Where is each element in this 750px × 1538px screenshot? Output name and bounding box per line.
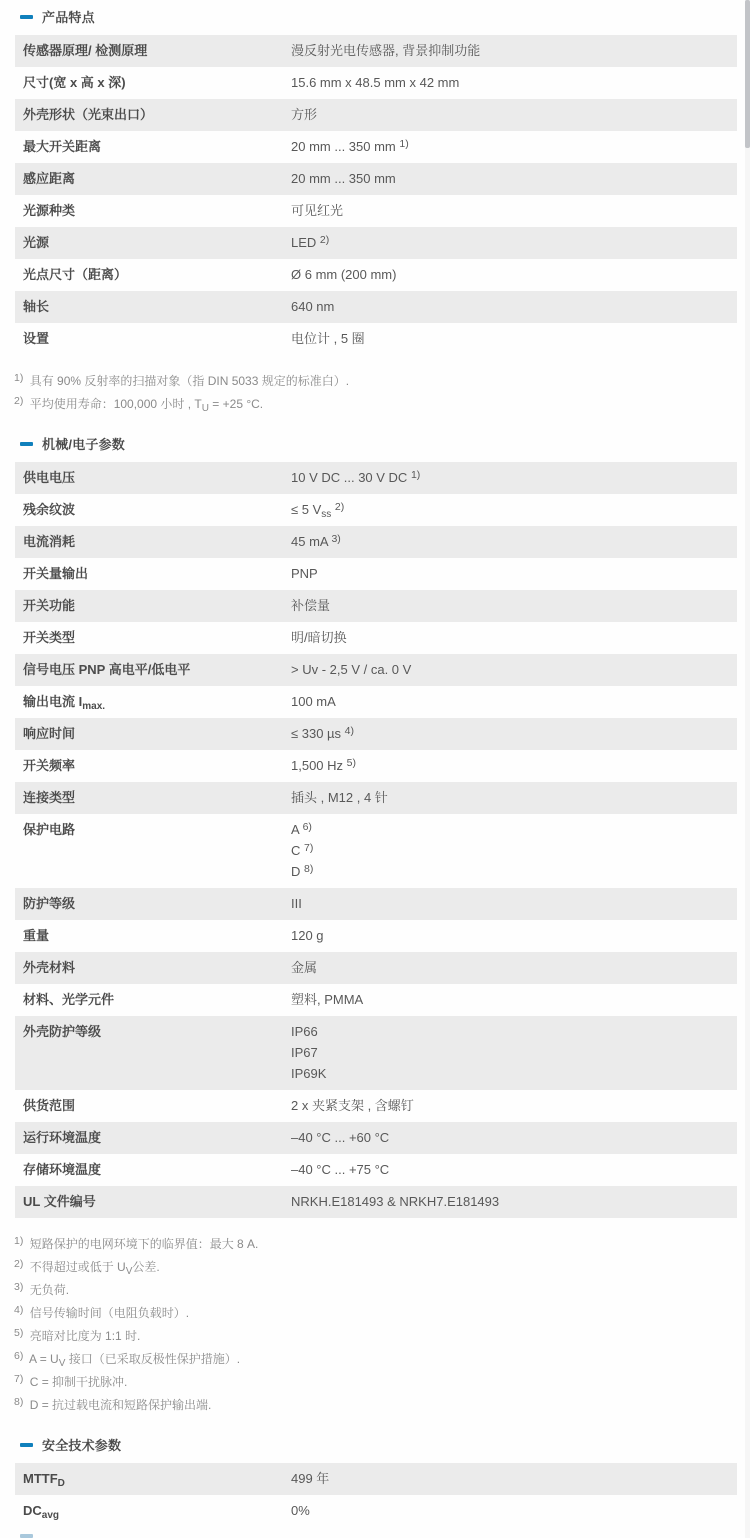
spec-row: 光源 LED 2) [15,227,737,259]
footnote: 1) 具有 90% 反射率的扫描对象（指 DIN 5033 规定的标准白）. [14,368,735,391]
footnote-marker: 1) [14,1235,23,1247]
spec-value-line: 电位计 , 5 圈 [291,328,729,349]
section-footnotes: 1) 具有 90% 反射率的扫描对象（指 DIN 5033 规定的标准白）. 2… [14,368,735,414]
spec-row: 连接类型 插头 , M12 , 4 针 [15,782,737,814]
spec-value: 0% [283,1495,737,1527]
section-footnotes: 1) 短路保护的电网环境下的临界值：最大 8 A. 2) 不得超过或低于 UV公… [14,1231,735,1415]
spec-value: 640 nm [283,291,737,323]
spec-label: 连接类型 [15,782,283,814]
spec-row: 外壳防护等级 IP66IP67IP69K [15,1016,737,1090]
spec-value: NRKH.E181493 & NRKH7.E181493 [283,1186,737,1218]
footnote-text: 短路保护的电网环境下的临界值：最大 8 A. [30,1237,259,1251]
spec-value: 补偿量 [283,590,737,622]
spec-label: 外壳防护等级 [15,1016,283,1048]
spec-value-line: 20 mm ... 350 mm 1) [291,136,729,157]
footnote-marker: 2) [14,1258,23,1270]
footnote-marker: 2) [14,395,23,407]
footnote-marker: 6) [14,1350,23,1362]
spec-value: LED 2) [283,227,737,259]
spec-value: 15.6 mm x 48.5 mm x 42 mm [283,67,737,99]
spec-section: 产品特点 传感器原理/ 检测原理 漫反射光电传感器, 背景抑制功能 尺寸(宽 x… [0,7,750,414]
spec-value-line: > Uv - 2,5 V / ca. 0 V [291,659,729,680]
spec-value-line: 2 x 夹紧支架 , 含螺钉 [291,1095,729,1116]
spec-value: 可见红光 [283,195,737,227]
footnote-text: 具有 90% 反射率的扫描对象（指 DIN 5033 规定的标准白）. [30,374,349,388]
section-header[interactable]: 安全技术参数 [0,1435,750,1463]
footnote: 8) D = 抗过载电流和短路保护输出端. [14,1392,735,1415]
spec-label: 轴长 [15,291,283,323]
spec-row: 信号电压 PNP 高电平/低电平 > Uv - 2,5 V / ca. 0 V [15,654,737,686]
spec-label: 供货范围 [15,1090,283,1122]
spec-value-line: 45 mA 3) [291,531,729,552]
spec-value: ≤ 5 Vss 2) [283,494,737,526]
spec-value-line: 10 V DC ... 30 V DC 1) [291,467,729,488]
footnote: 6) A = UV 接口（已采取反极性保护措施）. [14,1346,735,1369]
spec-value-line: A 6) [291,819,729,840]
footnote-marker: 4) [14,1304,23,1316]
spec-value: III [283,888,737,920]
footnote-text: 平均使用寿命：100,000 小时 , TU = +25 °C. [30,397,263,411]
spec-value-line: –40 °C ... +60 °C [291,1127,729,1148]
spec-value-line: 方形 [291,104,729,125]
spec-label: 尺寸(宽 x 高 x 深) [15,67,283,99]
spec-label: 外壳材料 [15,952,283,984]
spec-label: 光源 [15,227,283,259]
spec-value: A 6)C 7)D 8) [283,814,737,888]
spec-label: 信号电压 PNP 高电平/低电平 [15,654,283,686]
spec-value: PNP [283,558,737,590]
spec-value: 明/暗切换 [283,622,737,654]
footnote-text: A = UV 接口（已采取反极性保护措施）. [29,1352,240,1366]
spec-row: 轴长 640 nm [15,291,737,323]
spec-row: 防护等级 III [15,888,737,920]
footnote-text: D = 抗过载电流和短路保护输出端. [30,1398,212,1412]
spec-label: 光源种类 [15,195,283,227]
spec-label: DCavg [15,1495,283,1527]
section-rows: 传感器原理/ 检测原理 漫反射光电传感器, 背景抑制功能 尺寸(宽 x 高 x … [15,35,737,355]
footnote: 3) 无负荷. [14,1277,735,1300]
spec-value-line: –40 °C ... +75 °C [291,1159,729,1180]
spec-value: > Uv - 2,5 V / ca. 0 V [283,654,737,686]
footnote: 4) 信号传输时间（电阻负载时）. [14,1300,735,1323]
spec-row: UL 文件编号 NRKH.E181493 & NRKH7.E181493 [15,1186,737,1218]
spec-label: 电流消耗 [15,526,283,558]
spec-section: 机械/电子参数 供电电压 10 V DC ... 30 V DC 1) 残余纹波… [0,434,750,1415]
spec-row: 开关类型 明/暗切换 [15,622,737,654]
spec-value-line: Ø 6 mm (200 mm) [291,264,729,285]
spec-value: 45 mA 3) [283,526,737,558]
footnote: 7) C = 抑制干扰脉冲. [14,1369,735,1392]
spec-value: –40 °C ... +60 °C [283,1122,737,1154]
spec-value: 金属 [283,952,737,984]
spec-value-line: 120 g [291,925,729,946]
spec-value: 2 x 夹紧支架 , 含螺钉 [283,1090,737,1122]
section-header[interactable]: 产品特点 [0,7,750,35]
spec-value: IP66IP67IP69K [283,1016,737,1090]
spec-row: 外壳形状（光束出口） 方形 [15,99,737,131]
spec-value: 电位计 , 5 圈 [283,323,737,355]
footnote-marker: 3) [14,1281,23,1293]
spec-row: 尺寸(宽 x 高 x 深) 15.6 mm x 48.5 mm x 42 mm [15,67,737,99]
footnote: 2) 平均使用寿命：100,000 小时 , TU = +25 °C. [14,391,735,414]
spec-label: 开关功能 [15,590,283,622]
spec-label: 存储环境温度 [15,1154,283,1186]
spec-row: 保护电路 A 6)C 7)D 8) [15,814,737,888]
spec-value-line: C 7) [291,840,729,861]
spec-value: 10 V DC ... 30 V DC 1) [283,462,737,494]
spec-label: 开关类型 [15,622,283,654]
spec-row: 供电电压 10 V DC ... 30 V DC 1) [15,462,737,494]
spec-row: 外壳材料 金属 [15,952,737,984]
spec-row: 设置 电位计 , 5 圈 [15,323,737,355]
spec-row: 响应时间 ≤ 330 µs 4) [15,718,737,750]
section-title: 产品特点 [42,7,95,26]
spec-label: UL 文件编号 [15,1186,283,1218]
footnote-text: 亮暗对比度为 1:1 时. [30,1329,141,1343]
footnote: 2) 不得超过或低于 UV公差. [14,1254,735,1277]
spec-label: 开关量输出 [15,558,283,590]
spec-value-line: 明/暗切换 [291,627,729,648]
spec-label: 材料、光学元件 [15,984,283,1016]
spec-value-line: 塑料, PMMA [291,989,729,1010]
scrollbar-track[interactable] [745,0,750,1538]
spec-row: 感应距离 20 mm ... 350 mm [15,163,737,195]
spec-row: 存储环境温度 –40 °C ... +75 °C [15,1154,737,1186]
spec-row: 开关功能 补偿量 [15,590,737,622]
spec-value-line: 15.6 mm x 48.5 mm x 42 mm [291,72,729,93]
footnote-text: 信号传输时间（电阻负载时）. [30,1306,189,1320]
spec-value-line: 0% [291,1500,729,1521]
spec-label: 残余纹波 [15,494,283,526]
footnote-marker: 5) [14,1327,23,1339]
footnote: 5) 亮暗对比度为 1:1 时. [14,1323,735,1346]
spec-label: 感应距离 [15,163,283,195]
spec-value: 方形 [283,99,737,131]
spec-label: 光点尺寸（距离） [15,259,283,291]
spec-row: 光源种类 可见红光 [15,195,737,227]
spec-value-line: 漫反射光电传感器, 背景抑制功能 [291,40,729,61]
spec-value-line: 100 mA [291,691,729,712]
spec-label: 外壳形状（光束出口） [15,99,283,131]
section-dash-icon [20,1443,33,1447]
footnote: 1) 短路保护的电网环境下的临界值：最大 8 A. [14,1231,735,1254]
spec-row: 传感器原理/ 检测原理 漫反射光电传感器, 背景抑制功能 [15,35,737,67]
spec-label: 开关频率 [15,750,283,782]
spec-value: 1,500 Hz 5) [283,750,737,782]
spec-value-line: PNP [291,563,729,584]
spec-value: 插头 , M12 , 4 针 [283,782,737,814]
spec-row: 最大开关距离 20 mm ... 350 mm 1) [15,131,737,163]
spec-value-line: 640 nm [291,296,729,317]
spec-row: 材料、光学元件 塑料, PMMA [15,984,737,1016]
spec-row: 运行环境温度 –40 °C ... +60 °C [15,1122,737,1154]
spec-label: 最大开关距离 [15,131,283,163]
spec-value-line: 20 mm ... 350 mm [291,168,729,189]
section-header[interactable]: 机械/电子参数 [0,434,750,462]
spec-value-line: 可见红光 [291,200,729,221]
spec-label: MTTFD [15,1463,283,1495]
spec-value: 20 mm ... 350 mm [283,163,737,195]
footnote-text: 无负荷. [30,1283,69,1297]
spec-label: 响应时间 [15,718,283,750]
spec-value-line: LED 2) [291,232,729,253]
spec-row: MTTFD 499 年 [15,1463,737,1495]
spec-row: 电流消耗 45 mA 3) [15,526,737,558]
spec-value-line: 金属 [291,957,729,978]
spec-value-line: NRKH.E181493 & NRKH7.E181493 [291,1191,729,1212]
spec-value: 499 年 [283,1463,737,1495]
spec-value: 120 g [283,920,737,952]
spec-value-line: IP67 [291,1042,729,1063]
scrollbar-thumb[interactable] [745,0,750,148]
spec-label: 传感器原理/ 检测原理 [15,35,283,67]
spec-section: 安全技术参数 MTTFD 499 年 DCavg 0% [0,1435,750,1527]
sections-container: 产品特点 传感器原理/ 检测原理 漫反射光电传感器, 背景抑制功能 尺寸(宽 x… [0,7,750,1527]
spec-label: 重量 [15,920,283,952]
spec-label: 运行环境温度 [15,1122,283,1154]
spec-value-line: 1,500 Hz 5) [291,755,729,776]
section-rows: MTTFD 499 年 DCavg 0% [15,1463,737,1527]
spec-value-line: IP66 [291,1021,729,1042]
footnote-marker: 8) [14,1396,23,1408]
spec-value: ≤ 330 µs 4) [283,718,737,750]
footnote-text: C = 抑制干扰脉冲. [30,1375,128,1389]
spec-label: 防护等级 [15,888,283,920]
spec-label: 设置 [15,323,283,355]
spec-value-line: 补偿量 [291,595,729,616]
spec-label: 输出电流 Imax. [15,686,283,718]
section-title: 机械/电子参数 [42,434,125,453]
spec-label: 供电电压 [15,462,283,494]
spec-label: 保护电路 [15,814,283,846]
spec-value-line: III [291,893,729,914]
spec-row: 供货范围 2 x 夹紧支架 , 含螺钉 [15,1090,737,1122]
spec-value: 20 mm ... 350 mm 1) [283,131,737,163]
spec-row: 输出电流 Imax. 100 mA [15,686,737,718]
section-dash-icon [20,15,33,19]
spec-value: 塑料, PMMA [283,984,737,1016]
next-section-dash-icon [20,1534,33,1538]
spec-row: 光点尺寸（距离） Ø 6 mm (200 mm) [15,259,737,291]
footnote-marker: 7) [14,1373,23,1385]
spec-row: 残余纹波 ≤ 5 Vss 2) [15,494,737,526]
footnote-text: 不得超过或低于 UV公差. [30,1260,160,1274]
spec-value-line: ≤ 5 Vss 2) [291,499,729,520]
spec-value-line: ≤ 330 µs 4) [291,723,729,744]
datasheet-page: 产品特点 传感器原理/ 检测原理 漫反射光电传感器, 背景抑制功能 尺寸(宽 x… [0,0,750,1538]
spec-value-line: D 8) [291,861,729,882]
section-title: 安全技术参数 [42,1435,121,1454]
spec-value-line: 499 年 [291,1468,729,1489]
spec-row: 重量 120 g [15,920,737,952]
spec-value-line: IP69K [291,1063,729,1084]
spec-value: 漫反射光电传感器, 背景抑制功能 [283,35,737,67]
spec-value: –40 °C ... +75 °C [283,1154,737,1186]
spec-value: 100 mA [283,686,737,718]
spec-row: 开关量输出 PNP [15,558,737,590]
section-rows: 供电电压 10 V DC ... 30 V DC 1) 残余纹波 ≤ 5 Vss… [15,462,737,1218]
spec-row: DCavg 0% [15,1495,737,1527]
spec-value: Ø 6 mm (200 mm) [283,259,737,291]
spec-value-line: 插头 , M12 , 4 针 [291,787,729,808]
section-dash-icon [20,442,33,446]
footnote-marker: 1) [14,372,23,384]
spec-row: 开关频率 1,500 Hz 5) [15,750,737,782]
